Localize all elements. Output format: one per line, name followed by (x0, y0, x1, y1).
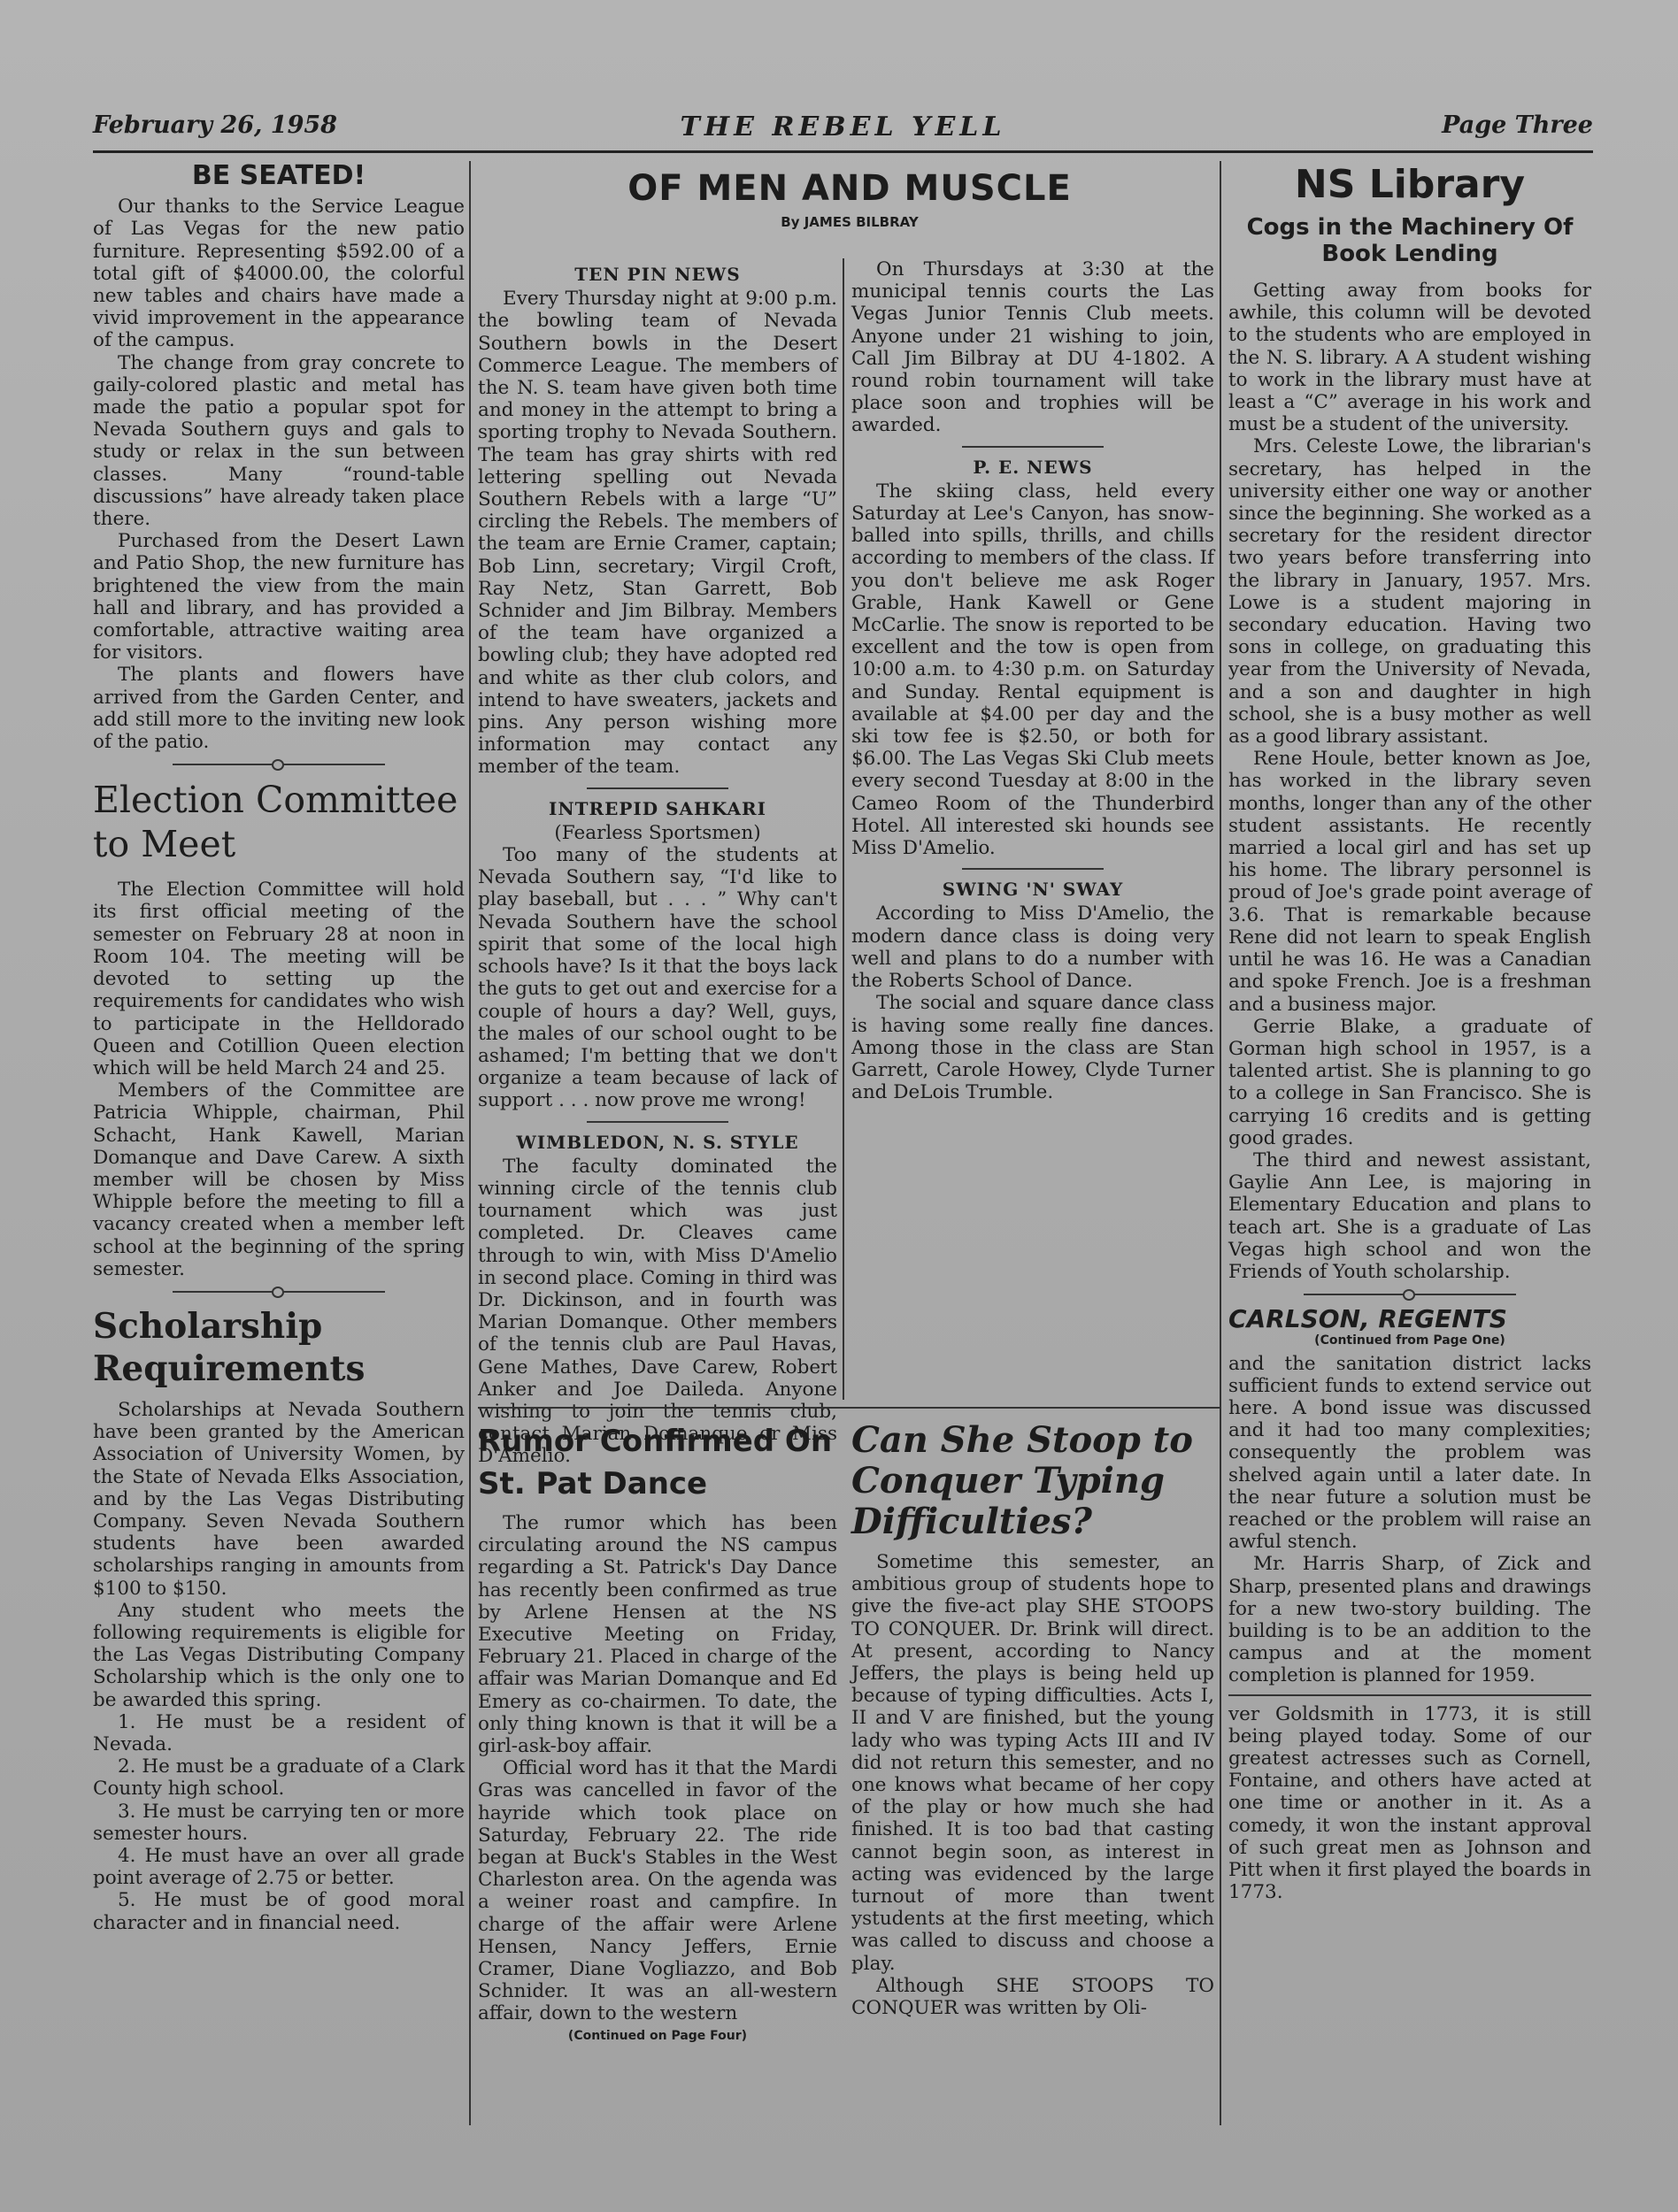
newspaper-title: THE REBEL YELL (93, 111, 1593, 142)
headline: Scholarship Requirements (93, 1305, 465, 1390)
paragraph: The social and square dance class is hav… (851, 992, 1214, 1103)
column-1: BE SEATED! Our thanks to the Service Lea… (93, 161, 465, 1934)
stoop-continuation: ver Goldsmith in 1773, it is still being… (1228, 1703, 1591, 1904)
section-rule (478, 1407, 1221, 1409)
subhead-fearless: (Fearless Sportsmen) (478, 822, 837, 844)
subhead-pe-news: P. E. NEWS (851, 457, 1214, 479)
paragraph: Scholarships at Nevada Southern have bee… (93, 1399, 465, 1600)
headline: BE SEATED! (93, 165, 465, 187)
paragraph: Our thanks to the Service League of Las … (93, 196, 465, 351)
headline: NS Library (1228, 161, 1591, 209)
requirement-item: 4. He must have an over all grade point … (93, 1845, 465, 1889)
column-rule (469, 161, 471, 2125)
headline: Can She Stoop to Conquer Typing Difficul… (851, 1420, 1214, 1542)
column-3: On Thursdays at 3:30 at the municipal te… (851, 258, 1214, 1103)
paragraph: Mrs. Celeste Lowe, the librarian's secre… (1228, 435, 1591, 748)
subhead-wimbledon: WIMBLEDON, N. S. STYLE (478, 1132, 837, 1154)
divider (587, 787, 728, 789)
subhead-intrepid: INTREPID SAHKARI (478, 798, 837, 820)
section-divider (173, 764, 385, 765)
requirement-item: 5. He must be of good moral character an… (93, 1889, 465, 1933)
article-scholarship: Scholarship Requirements Scholarships at… (93, 1305, 465, 1934)
article-election-committee: Election Committee to Meet The Election … (93, 778, 465, 1280)
men-muscle-header: OF MEN AND MUSCLE By JAMES BILBRAY (478, 168, 1221, 230)
paragraph: The skiing class, held every Saturday at… (851, 480, 1214, 859)
divider (587, 1121, 728, 1123)
paragraph: Too many of the students at Nevada South… (478, 844, 837, 1111)
section-divider (1304, 1294, 1516, 1295)
article-library: NS Library Cogs in the Machinery Of Book… (1228, 161, 1591, 1283)
paragraph: According to Miss D'Amelio, the modern d… (851, 902, 1214, 992)
byline: By JAMES BILBRAY (478, 214, 1221, 230)
paragraph: Getting away from books for awhile, this… (1228, 280, 1591, 435)
continued-note: (Continued on Page Four) (478, 2025, 837, 2047)
masthead: February 26, 1958 THE REBEL YELL Page Th… (93, 104, 1593, 153)
subhead-swing: SWING 'N' SWAY (851, 879, 1214, 901)
column-rule (1220, 161, 1221, 2125)
paragraph: The plants and flowers have arrived from… (93, 664, 465, 753)
article-carlson: CARLSON, REGENTS (Continued from Page On… (1228, 1308, 1591, 1686)
headline: Rumor Confirmed On St. Pat Dance (478, 1420, 837, 1505)
paragraph: Members of the Committee are Patricia Wh… (93, 1079, 465, 1280)
paragraph: The rumor which has been circulating aro… (478, 1512, 837, 1757)
article-stoop: Can She Stoop to Conquer Typing Difficul… (851, 1420, 1214, 2019)
article-be-seated: BE SEATED! Our thanks to the Service Lea… (93, 165, 465, 753)
paragraph: Sometime this semester, an ambitious gro… (851, 1551, 1214, 1975)
paragraph: Gerrie Blake, a graduate of Gorman high … (1228, 1016, 1591, 1149)
paragraph: Every Thursday night at 9:00 p.m. the bo… (478, 288, 837, 778)
paragraph: Official word has it that the Mardi Gras… (478, 1757, 837, 2024)
headline: Election Committee to Meet (93, 778, 465, 866)
continued-note: (Continued from Page One) (1228, 1330, 1591, 1352)
paragraph: On Thursdays at 3:30 at the municipal te… (851, 258, 1214, 437)
section-rule (1228, 1694, 1591, 1696)
column-rule (843, 258, 844, 1400)
paragraph: Although SHE STOOPS TO CONQUER was writt… (851, 1975, 1214, 2019)
requirement-item: 1. He must be a resident of Nevada. (93, 1711, 465, 1755)
paragraph: Rene Houle, better known as Joe, has wor… (1228, 748, 1591, 1015)
paragraph: Any student who meets the following requ… (93, 1600, 465, 1711)
paragraph: and the sanitation district lacks suffic… (1228, 1353, 1591, 1554)
divider (962, 446, 1104, 448)
column-2: TEN PIN NEWS Every Thursday night at 9:0… (478, 258, 837, 1468)
paragraph: The third and newest assistant, Gaylie A… (1228, 1149, 1591, 1283)
paragraph: The change from gray concrete to gaily-c… (93, 352, 465, 531)
requirement-item: 3. He must be carrying ten or more semes… (93, 1801, 465, 1845)
headline: OF MEN AND MUSCLE (478, 168, 1221, 209)
paragraph: The Election Committee will hold its fir… (93, 879, 465, 1079)
page-number: Page Three (1442, 111, 1593, 139)
section-divider (173, 1291, 385, 1293)
paragraph: Mr. Harris Sharp, of Zick and Sharp, pre… (1228, 1553, 1591, 1686)
column-4: NS Library Cogs in the Machinery Of Book… (1228, 161, 1591, 1903)
subhead-ten-pin: TEN PIN NEWS (478, 264, 837, 286)
divider (962, 868, 1104, 870)
headline: CARLSON, REGENTS (1228, 1308, 1591, 1330)
subheadline: Cogs in the Machinery Of Book Lending (1228, 214, 1591, 267)
paragraph: Purchased from the Desert Lawn and Patio… (93, 530, 465, 664)
requirement-item: 2. He must be a graduate of a Clark Coun… (93, 1755, 465, 1800)
newspaper-page: February 26, 1958 THE REBEL YELL Page Th… (0, 0, 1678, 2212)
article-rumor: Rumor Confirmed On St. Pat Dance The rum… (478, 1420, 837, 2047)
